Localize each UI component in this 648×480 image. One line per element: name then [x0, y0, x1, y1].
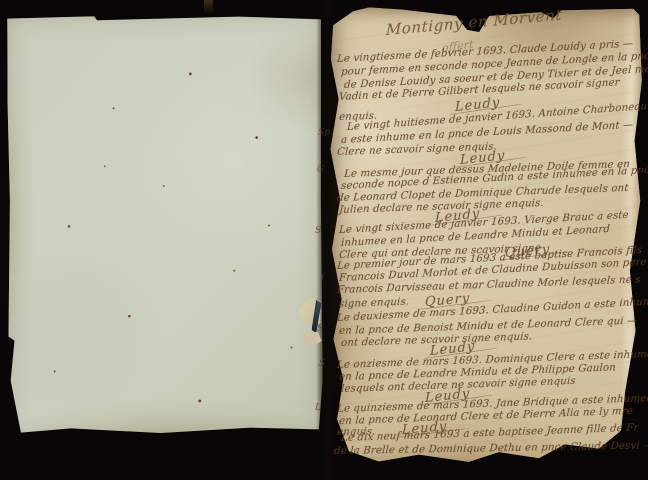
scanned-register-spread: Montigny en Morvent offert Le vingtiesme… [0, 0, 648, 480]
paper-foxing-specks [7, 16, 9, 18]
binding-gutter-shadow [316, 0, 334, 480]
scanner-edge-stain [204, 0, 213, 14]
left-blank-page [7, 14, 323, 435]
right-manuscript-page [325, 5, 645, 475]
